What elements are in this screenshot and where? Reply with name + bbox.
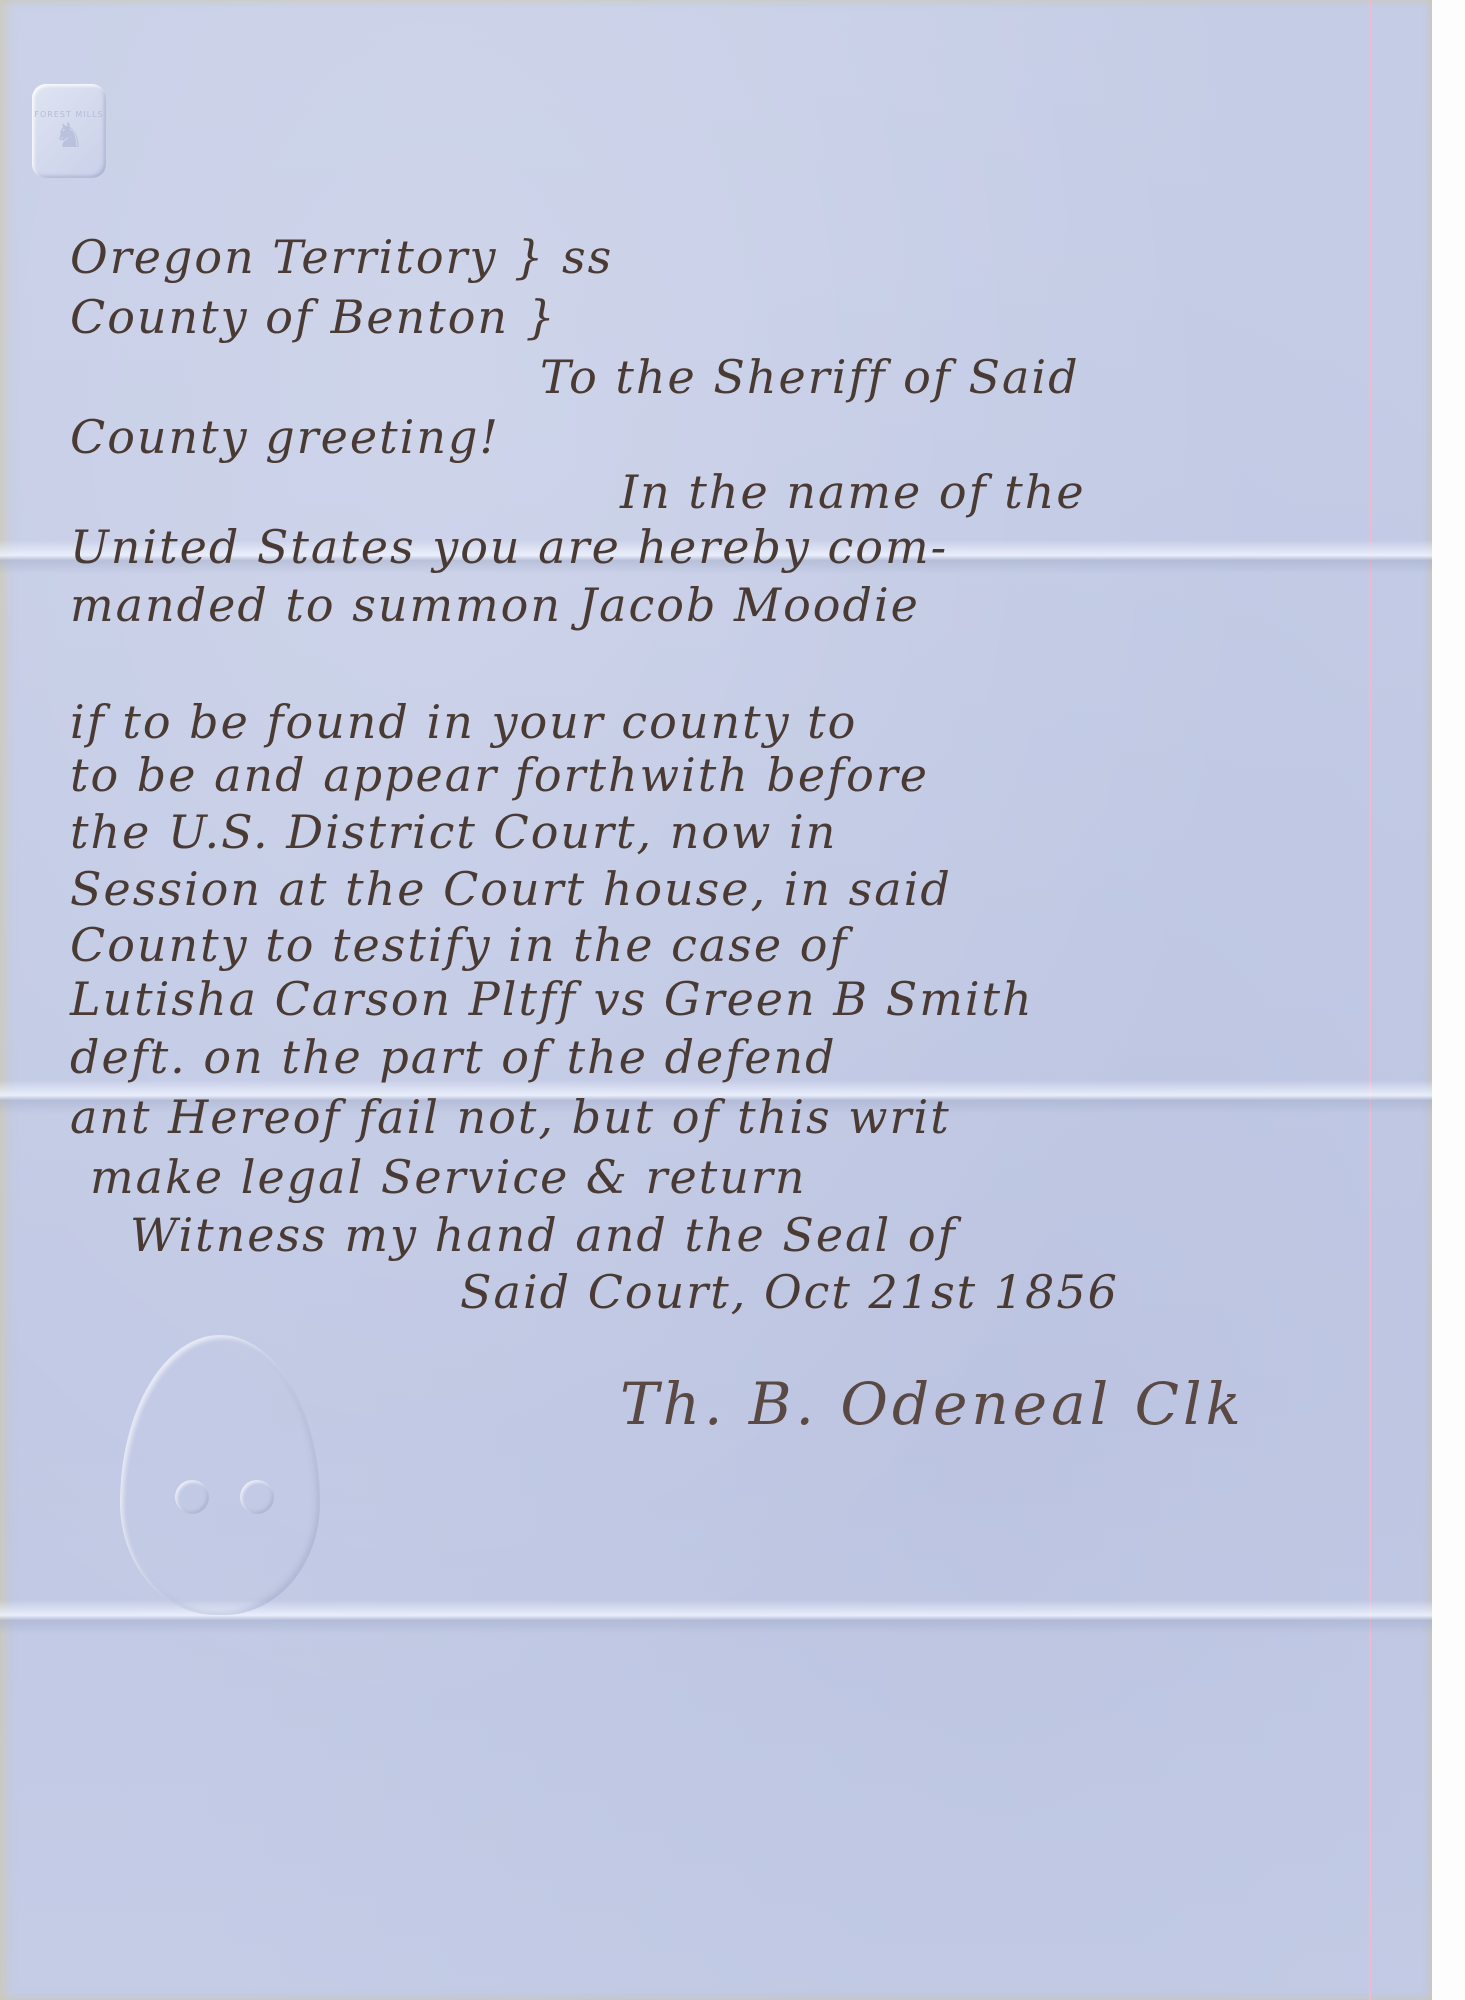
body-line: if to be found in your county to (70, 695, 857, 749)
embossed-seal-icon (120, 1335, 320, 1615)
body-line: manded to summon Jacob Moodie (70, 578, 920, 632)
body-line: ant Hereof fail not, but of this writ (70, 1090, 951, 1144)
body-line: Session at the Court house, in said (70, 862, 952, 916)
attestation-line-2: Said Court, Oct 21st 1856 (460, 1265, 1119, 1319)
margin-line (1369, 0, 1371, 2000)
body-line: to be and appear forthwith before (70, 748, 929, 802)
body-line: To the Sheriff of Said (540, 350, 1080, 404)
document-paper: FOREST MILLS ♞ Oregon Territory } ss Cou… (0, 0, 1432, 2000)
body-line: United States you are hereby com- (70, 520, 948, 574)
body-line: Lutisha Carson Pltff vs Green B Smith (70, 972, 1034, 1026)
body-line: County to testify in the case of (70, 918, 848, 972)
seal-dot-icon (175, 1480, 209, 1514)
caption-line-1: Oregon Territory } ss (70, 230, 613, 284)
body-line: County greeting! (70, 410, 500, 464)
caption-line-2: County of Benton } (70, 290, 557, 344)
attestation-line-1: Witness my hand and the Seal of (130, 1208, 957, 1262)
stag-icon: ♞ (54, 119, 84, 153)
body-line: make legal Service & return (90, 1150, 806, 1204)
clerk-signature: Th. B. Odeneal Clk (620, 1370, 1245, 1438)
embossed-stamp-icon: FOREST MILLS ♞ (32, 84, 106, 178)
body-line: In the name of the (620, 465, 1086, 519)
body-line: deft. on the part of the defend (70, 1030, 837, 1084)
body-line: the U.S. District Court, now in (70, 805, 837, 859)
seal-dot-icon (240, 1480, 274, 1514)
